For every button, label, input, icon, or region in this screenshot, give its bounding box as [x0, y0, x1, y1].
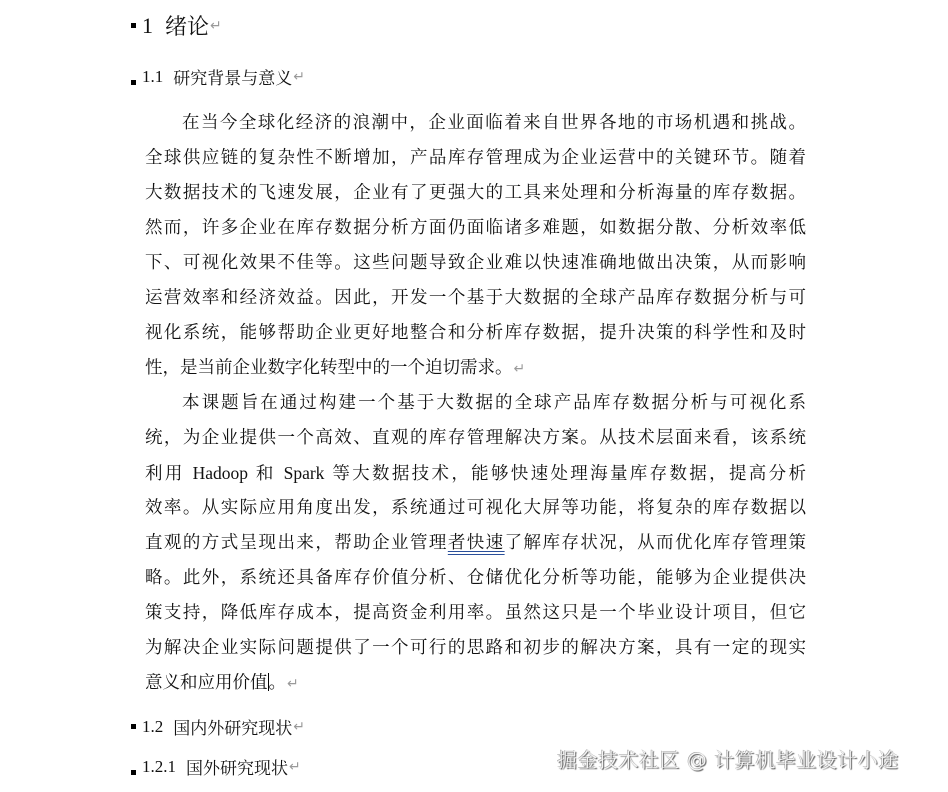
- text-line: 直观的方式呈现出来，帮助企业管理者快速了解库存状况，从而优化库存管理策: [145, 526, 806, 561]
- text-line: 大数据技术的飞速发展，企业有了更强大的工具来处理和分析海量的库存数据。: [145, 176, 806, 211]
- heading-1-2-research-status[interactable]: 1.2 国内外研究现状 ↵: [131, 714, 305, 739]
- heading-title: 国内外研究现状: [173, 714, 292, 739]
- text-line: 在当今全球化经济的浪潮中，企业面临着来自世界各地的市场机遇和挑战。: [145, 106, 806, 141]
- text-segment: 。: [269, 673, 287, 693]
- paragraph-mark-icon: ↵: [287, 676, 299, 692]
- heading-bullet-marker: [131, 23, 136, 28]
- text-line: 意义和应用价值。↵: [145, 666, 806, 701]
- heading-1-2-1-foreign-research[interactable]: 1.2.1 国外研究现状 ↵: [131, 754, 301, 779]
- grammar-suggestion-underline[interactable]: 者快速: [448, 533, 505, 553]
- heading-title: 研究背景与意义: [173, 64, 292, 89]
- heading-number: 1.1: [142, 67, 163, 87]
- heading-title: 绪论: [165, 10, 209, 41]
- text-line: 利用 Hadoop 和 Spark 等大数据技术，能够快速处理海量库存数据，提高…: [145, 456, 806, 491]
- text-segment: 意义和应用价值: [145, 673, 268, 693]
- watermark: 掘金技术社区 @ 计算机毕业设计小途: [557, 744, 899, 773]
- paragraph-2[interactable]: 本课题旨在通过构建一个基于大数据的全球产品库存数据分析与可视化系 统，为企业提供…: [145, 386, 806, 701]
- heading-number: 1: [142, 13, 153, 39]
- text-segment: 等大数据技术，能够快速处理海量库存数据，提高分析: [324, 464, 806, 484]
- heading-bullet-marker: [131, 80, 136, 85]
- heading-bullet-marker: [131, 724, 136, 729]
- text-line: 为解决企业实际问题提供了一个可行的思路和初步的解决方案，具有一定的现实: [145, 631, 806, 666]
- text-segment: 性，是当前企业数字化转型中的一个迫切需求。: [145, 358, 513, 378]
- term-spark: Spark: [284, 463, 325, 483]
- paragraph-mark-icon: ↵: [293, 69, 305, 85]
- term-hadoop: Hadoop: [193, 463, 248, 483]
- heading-1-introduction[interactable]: 1 绪论 ↵: [131, 10, 222, 41]
- text-line: 下、可视化效果不佳等。这些问题导致企业难以快速准确地做出决策，从而影响: [145, 246, 806, 281]
- document-page: 1 绪论 ↵ 1.1 研究背景与意义 ↵ 在当今全球化经济的浪潮中，企业面临着来…: [0, 0, 948, 792]
- text-line: 全球供应链的复杂性不断增加，产品库存管理成为企业运营中的关键环节。随着: [145, 141, 806, 176]
- text-line: 策支持，降低库存成本，提高资金利用率。虽然这只是一个毕业设计项目，但它: [145, 596, 806, 631]
- paragraph-mark-icon: ↵: [293, 719, 305, 735]
- text-segment: 了解库存状况，从而优化库存管理策: [505, 533, 806, 553]
- text-line: 性，是当前企业数字化转型中的一个迫切需求。↵: [145, 351, 806, 386]
- text-segment: 和: [248, 464, 284, 484]
- text-line: 效率。从实际应用角度出发，系统通过可视化大屏等功能，将复杂的库存数据以: [145, 491, 806, 526]
- heading-number: 1.2: [142, 717, 163, 737]
- text-line: 然而，许多企业在库存数据分析方面仍面临诸多难题，如数据分散、分析效率低: [145, 211, 806, 246]
- text-segment: 利用: [145, 464, 193, 484]
- text-line: 统，为企业提供一个高效、直观的库存管理解决方案。从技术层面来看，该系统: [145, 421, 806, 456]
- paragraph-mark-icon: ↵: [289, 759, 301, 775]
- text-line: 运营效率和经济效益。因此，开发一个基于大数据的全球产品库存数据分析与可: [145, 281, 806, 316]
- text-line: 视化系统，能够帮助企业更好地整合和分析库存数据，提升决策的科学性和及时: [145, 316, 806, 351]
- heading-bullet-marker: [131, 770, 136, 775]
- text-line: 本课题旨在通过构建一个基于大数据的全球产品库存数据分析与可视化系: [145, 386, 806, 421]
- heading-1-1-background[interactable]: 1.1 研究背景与意义 ↵: [131, 64, 305, 89]
- heading-title: 国外研究现状: [186, 754, 288, 779]
- text-segment: 直观的方式呈现出来，帮助企业管理: [145, 533, 448, 553]
- text-line: 略。此外，系统还具备库存价值分析、仓储优化分析等功能，能够为企业提供决: [145, 561, 806, 596]
- paragraph-1[interactable]: 在当今全球化经济的浪潮中，企业面临着来自世界各地的市场机遇和挑战。 全球供应链的…: [145, 106, 806, 386]
- heading-number: 1.2.1: [142, 757, 176, 777]
- paragraph-mark-icon: ↵: [210, 18, 222, 34]
- paragraph-mark-icon: ↵: [514, 361, 526, 377]
